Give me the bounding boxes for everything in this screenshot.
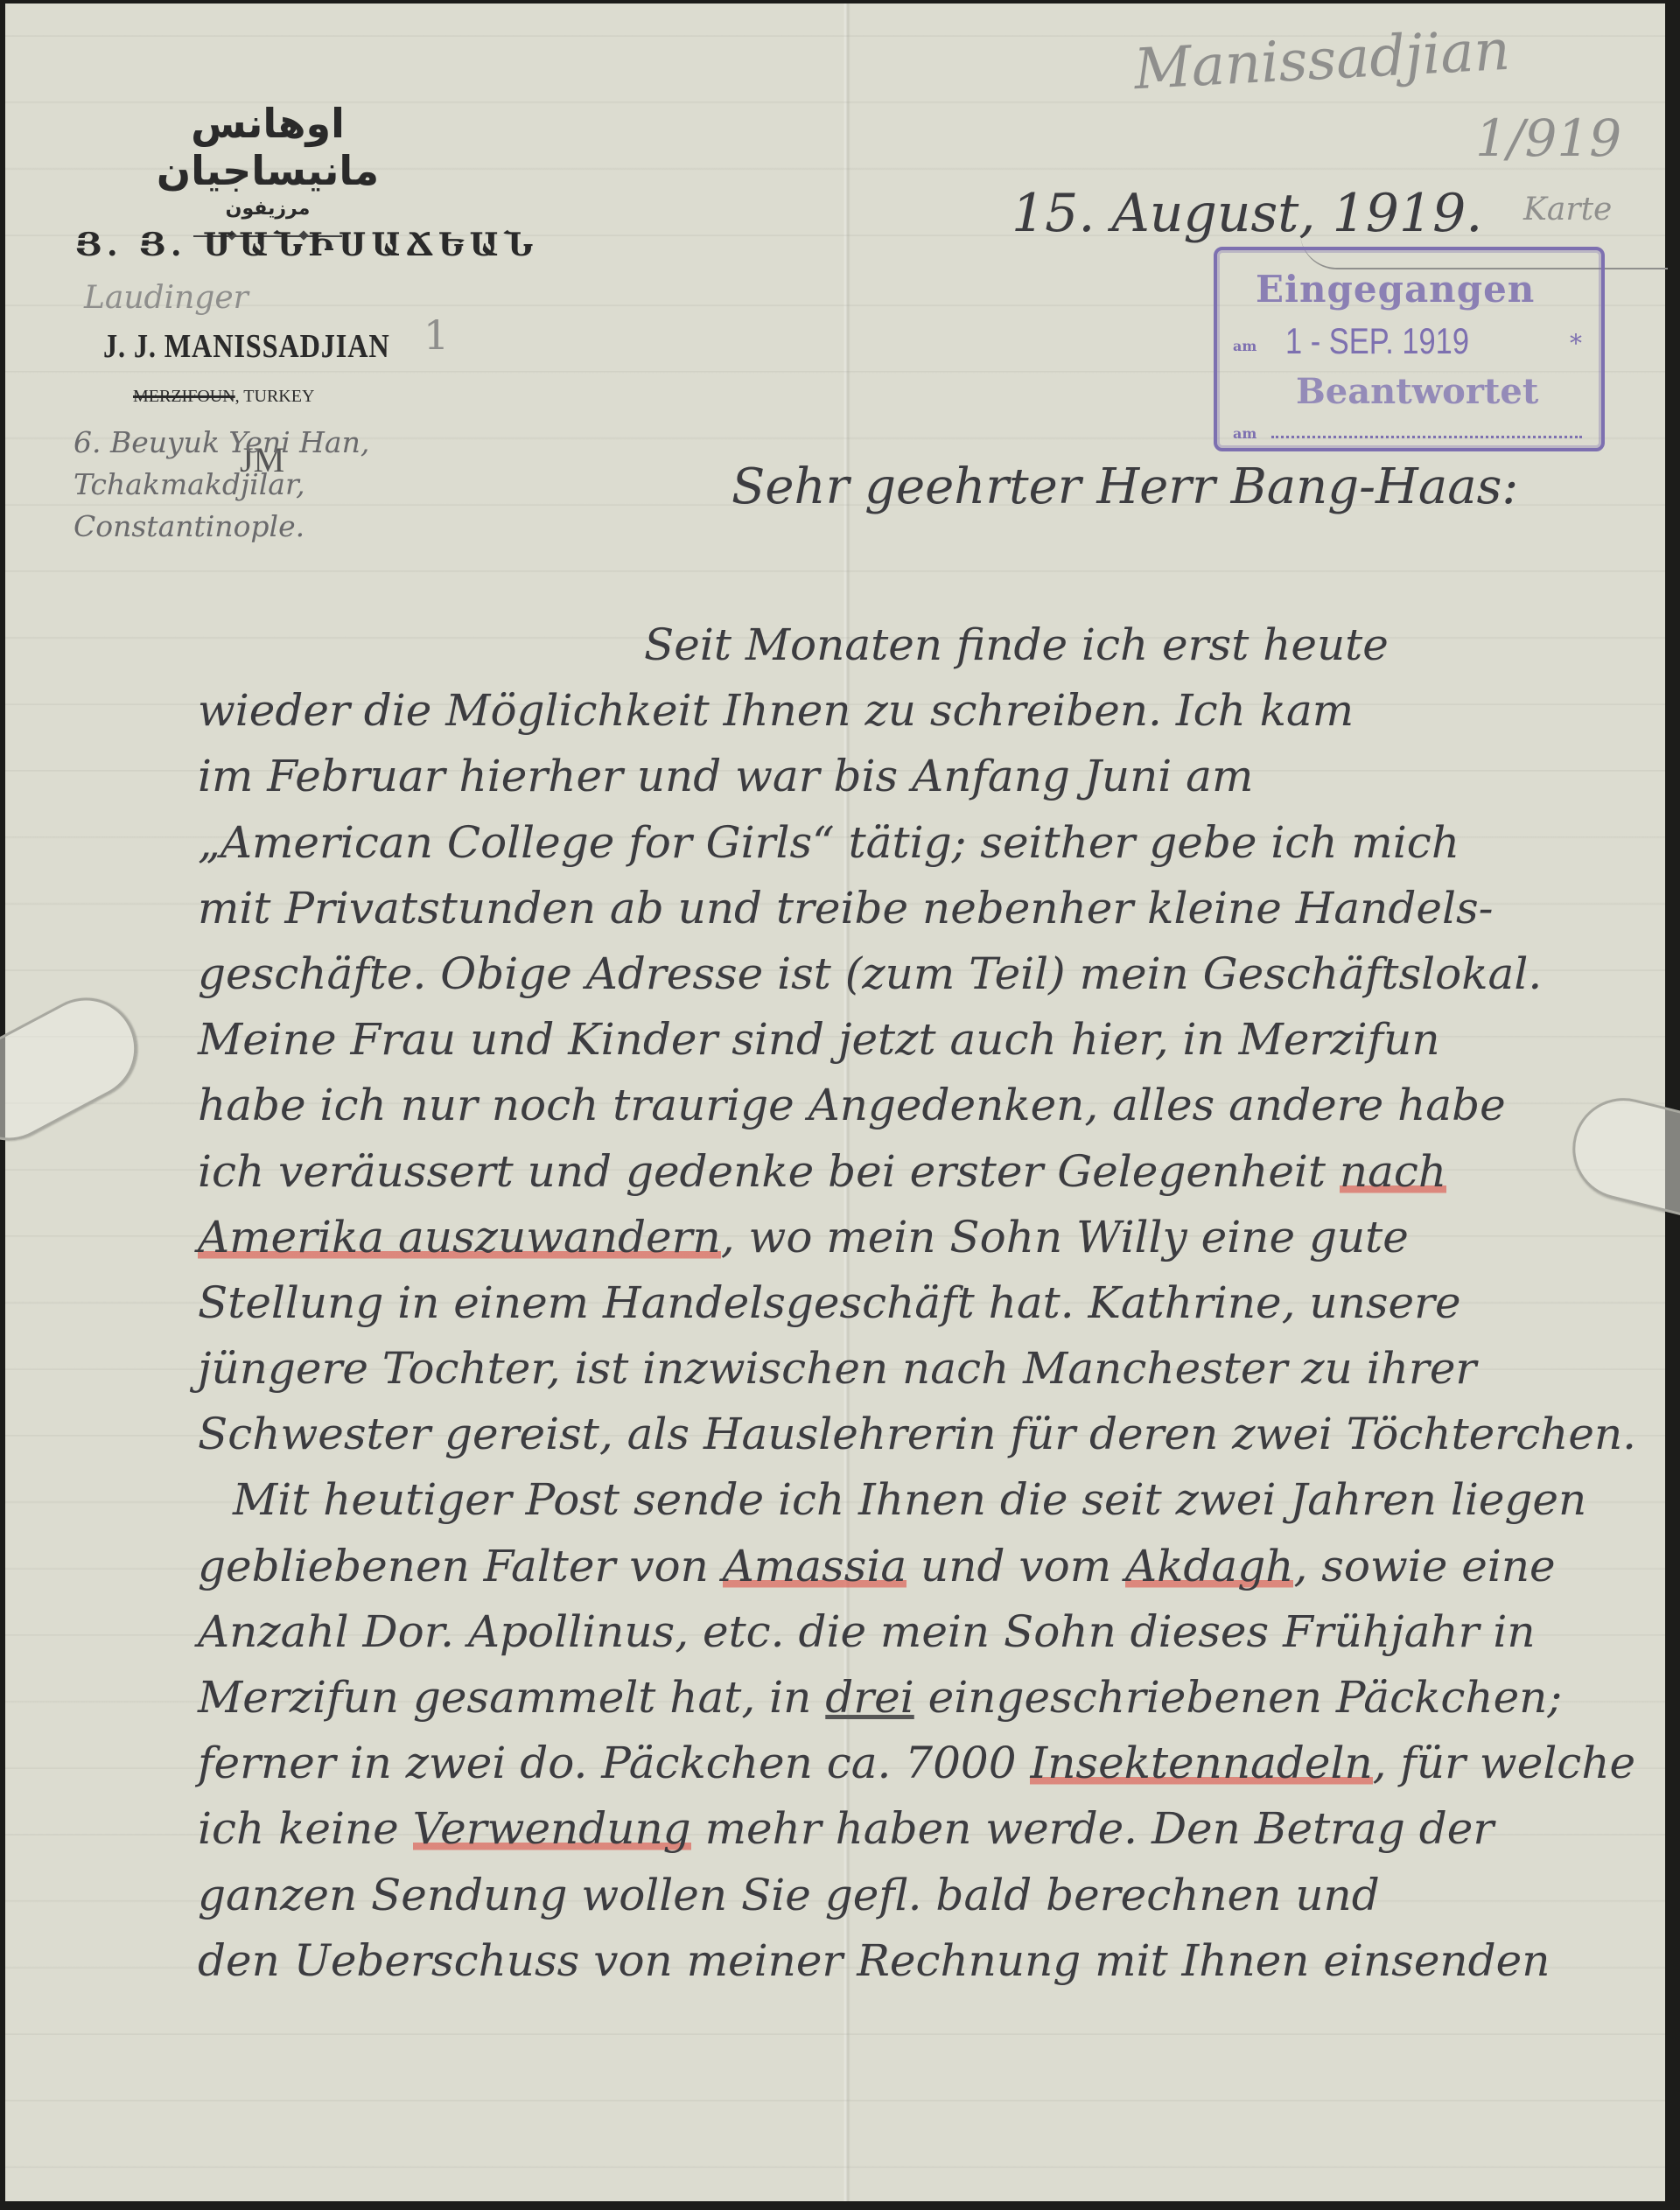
body-line: habe ich nur noch traurige Angedenken, a… — [198, 1073, 1650, 1138]
letterhead-city: MERZIFOUN, TURKEY — [133, 387, 314, 407]
red-underlined-text: Akdagh — [1125, 1541, 1293, 1591]
body-text: Seit Monaten finde ich erst heute — [644, 619, 1389, 670]
body-text: Meine Frau und Kinder sind jetzt auch hi… — [198, 1014, 1440, 1065]
stamp-received-date: 1 - SEP. 1919 — [1285, 320, 1469, 362]
body-line: „American College for Girls“ tätig; seit… — [198, 810, 1650, 876]
body-line: Seit Monaten finde ich erst heute — [198, 612, 1650, 678]
body-line: im Februar hierher und war bis Anfang Ju… — [198, 744, 1650, 809]
address-line: Constantinople. — [73, 506, 369, 548]
body-text: mehr haben werde. Den Betrag der — [691, 1803, 1494, 1854]
underlined-text: drei — [825, 1672, 914, 1723]
body-text: habe ich nur noch traurige Angedenken, a… — [198, 1080, 1506, 1130]
body-text: im Februar hierher und war bis Anfang Ju… — [198, 751, 1253, 801]
body-line: den Ueberschuss von meiner Rechnung mit … — [198, 1928, 1650, 1994]
body-text: ferner in zwei do. Päckchen ca. 7000 — [198, 1738, 1030, 1788]
body-text: den Ueberschuss von meiner Rechnung mit … — [198, 1935, 1550, 1986]
red-underlined-text: Amassia — [723, 1541, 906, 1591]
pencil-note: Laudinger — [84, 280, 248, 316]
stamp-title: Eingegangen — [1256, 268, 1535, 311]
red-underlined-text: Insektennadeln — [1030, 1738, 1372, 1788]
body-text: ich keine — [198, 1803, 413, 1854]
red-underlined-text: Verwendung — [413, 1803, 691, 1854]
body-line: gebliebenen Falter von Amassia und vom A… — [198, 1534, 1650, 1599]
archive-name: Manissadjian — [1132, 18, 1511, 102]
ottoman-city: مرزیفون — [84, 198, 451, 220]
body-line: Mit heutiger Post sende ich Ihnen die se… — [198, 1467, 1650, 1533]
armenian-name: Յ. Յ. ՄԱՆԻՍԱՃԵԱՆ — [75, 227, 538, 263]
red-underlined-text: nach — [1340, 1146, 1446, 1197]
body-line: mit Privatstunden ab und treibe nebenher… — [198, 876, 1650, 941]
latin-name: J. J. MANISSADJIAN — [103, 327, 390, 366]
red-underlined-text: Amerika auszuwandern — [198, 1212, 721, 1262]
letter-body: Seit Monaten finde ich erst heutewieder … — [198, 612, 1650, 1994]
stamp-am-label: am — [1233, 338, 1256, 354]
pencil-mark: 1 — [423, 311, 449, 359]
body-text: Anzahl Dor. Apollinus, etc. die mein Soh… — [198, 1606, 1536, 1657]
body-text: Stellung in einem Handelsgeschäft hat. K… — [198, 1277, 1461, 1328]
body-text: wieder die Möglichkeit Ihnen zu schreibe… — [198, 685, 1354, 736]
body-line: wieder die Möglichkeit Ihnen zu schreibe… — [198, 678, 1650, 744]
body-text: gebliebenen Falter von — [198, 1541, 723, 1591]
body-text: geschäfte. Obige Adresse ist (zum Teil) … — [198, 948, 1542, 999]
body-text: ganzen Sendung wollen Sie gefl. bald ber… — [198, 1870, 1380, 1920]
address-line: Tchakmakdjilar, — [73, 464, 369, 506]
body-line: Amerika auszuwandern, wo mein Sohn Willy… — [198, 1205, 1650, 1270]
body-text: , sowie eine — [1293, 1541, 1555, 1591]
body-line: jüngere Tochter, ist inzwischen nach Man… — [198, 1336, 1650, 1402]
letter-date: 15. August, 1919. — [1011, 183, 1482, 244]
archive-note: Karte — [1523, 192, 1612, 227]
body-text: und vom — [906, 1541, 1125, 1591]
body-line: Stellung in einem Handelsgeschäft hat. K… — [198, 1270, 1650, 1336]
body-line: Schwester gereist, als Hauslehrerin für … — [198, 1402, 1650, 1467]
body-line: ich veräussert und gedenke bei erster Ge… — [198, 1139, 1650, 1205]
body-text: „American College for Girls“ tätig; seit… — [198, 817, 1459, 868]
body-line: Anzahl Dor. Apollinus, etc. die mein Soh… — [198, 1599, 1650, 1665]
letter-page: اوهانس مانیساجیان مرزیفون Յ. Յ. ՄԱՆԻՍԱՃԵ… — [5, 3, 1665, 2201]
body-text: Mit heutiger Post sende ich Ihnen die se… — [233, 1474, 1586, 1525]
archive-number: 1/919 — [1475, 108, 1621, 168]
received-stamp: Eingegangen am 1 - SEP. 1919 * Beantwort… — [1214, 247, 1605, 451]
body-line: ferner in zwei do. Päckchen ca. 7000 Ins… — [198, 1731, 1650, 1796]
body-text: Merzifun gesammelt hat, in — [198, 1672, 825, 1723]
body-line: Meine Frau und Kinder sind jetzt auch hi… — [198, 1007, 1650, 1073]
body-line: ich keine Verwendung mehr haben werde. D… — [198, 1796, 1650, 1862]
address-line: 6. Beuyuk Yeni Han, — [73, 422, 369, 464]
salutation: Sehr geehrter Herr Bang-Haas: — [731, 458, 1518, 515]
body-line: geschäfte. Obige Adresse ist (zum Teil) … — [198, 941, 1650, 1007]
star-icon: * — [1570, 329, 1582, 358]
body-text: eingeschriebenen Päckchen; — [914, 1672, 1562, 1723]
body-text: ich veräussert und gedenke bei erster Ge… — [198, 1146, 1340, 1197]
body-text: mit Privatstunden ab und treibe nebenher… — [198, 883, 1494, 934]
stamp-am-label-2: am — [1233, 425, 1256, 442]
handwritten-address: 6. Beuyuk Yeni Han, Tchakmakdjilar, Cons… — [73, 422, 369, 548]
body-line: Merzifun gesammelt hat, in drei eingesch… — [198, 1665, 1650, 1731]
country: , TURKEY — [235, 387, 315, 406]
body-text: jüngere Tochter, ist inzwischen nach Man… — [198, 1343, 1476, 1394]
body-line: ganzen Sendung wollen Sie gefl. bald ber… — [198, 1863, 1650, 1928]
paper-clip-left — [0, 980, 155, 1158]
stamp-dotted-line — [1271, 436, 1582, 438]
ottoman-name: اوهانس مانیساجیان — [84, 100, 451, 194]
body-text: Schwester gereist, als Hauslehrerin für … — [198, 1409, 1636, 1459]
body-text: , für welche — [1373, 1738, 1635, 1788]
body-text: , wo mein Sohn Willy eine gute — [721, 1212, 1409, 1262]
stamp-answered-label: Beantwortet — [1296, 371, 1538, 412]
struck-city: MERZIFOUN — [133, 387, 235, 406]
